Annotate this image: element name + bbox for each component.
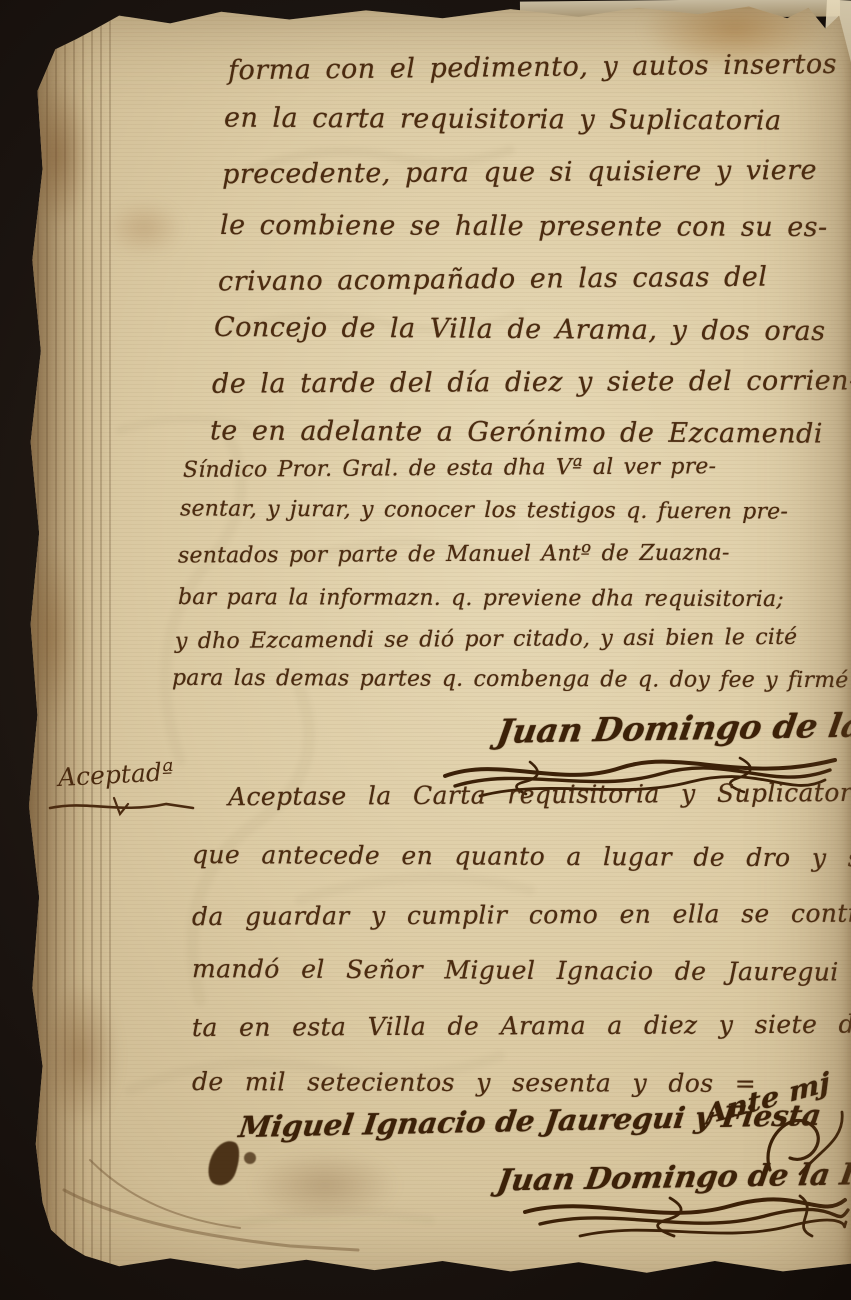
acceptance-line: Aceptase la Carta requisitoria y Suplica… bbox=[228, 778, 851, 812]
stain-foxing-upper-left bbox=[104, 200, 184, 256]
acceptance-line: que antecede en quanto a lugar de dro y … bbox=[192, 840, 851, 873]
ink-blot bbox=[204, 1137, 245, 1189]
signature-juan-domingo-2: Juan Domingo de la Isla bbox=[495, 1156, 851, 1198]
margin-note-acepta: Aceptadª bbox=[57, 757, 174, 792]
acceptance-line: mandó el Señor Miguel Ignacio de Jauregu… bbox=[192, 954, 851, 987]
body-line: te en adelante a Gerónimo de Ezcamendi bbox=[210, 415, 823, 449]
body-line: le combiene se halle presente con su es- bbox=[220, 210, 828, 243]
body-line: sentar, y jurar, y conocer los testigos … bbox=[180, 496, 788, 524]
body-line: precedente, para que si quisiere y viere bbox=[222, 155, 817, 190]
body-line: de la tarde del día diez y siete del cor… bbox=[212, 365, 851, 399]
ink-blot-small bbox=[244, 1152, 256, 1164]
manuscript-page: forma con el pedimento, y autos insertos… bbox=[0, 0, 851, 1300]
body-line: y dho Ezcamendi se dió por citado, y asi… bbox=[175, 625, 797, 654]
body-line: Síndico Pror. Gral. de esta dha Vª al ve… bbox=[183, 454, 716, 483]
body-line: para las demas partes q. combenga de q. … bbox=[172, 666, 851, 693]
body-line: forma con el pedimento, y autos insertos bbox=[228, 49, 837, 86]
body-line: bar para la informazn. q. previene dha r… bbox=[178, 585, 784, 612]
acceptance-line: ta en esta Villa de Arama a diez y siete… bbox=[192, 1009, 851, 1042]
body-line: Concejo de la Villa de Arama, y dos oras bbox=[214, 312, 826, 347]
body-line: sentados por parte de Manuel Antº de Zua… bbox=[178, 541, 730, 569]
manuscript-scan: forma con el pedimento, y autos insertos… bbox=[0, 0, 851, 1300]
body-line: crivano acompañado en las casas del bbox=[218, 262, 768, 298]
body-line: en la carta requisitoria y Suplicatoria bbox=[224, 103, 782, 137]
acceptance-line: da guardar y cumplir como en ella se con… bbox=[192, 898, 851, 931]
acceptance-line: de mil setecientos y sesenta y dos = bbox=[192, 1067, 756, 1098]
signature-juan-domingo-1: Juan Domingo de la Isla bbox=[494, 704, 851, 751]
binding-edge bbox=[28, 0, 112, 1300]
rubric-flourish-2 bbox=[520, 1192, 850, 1252]
stain-bottom-crease bbox=[250, 1150, 400, 1220]
